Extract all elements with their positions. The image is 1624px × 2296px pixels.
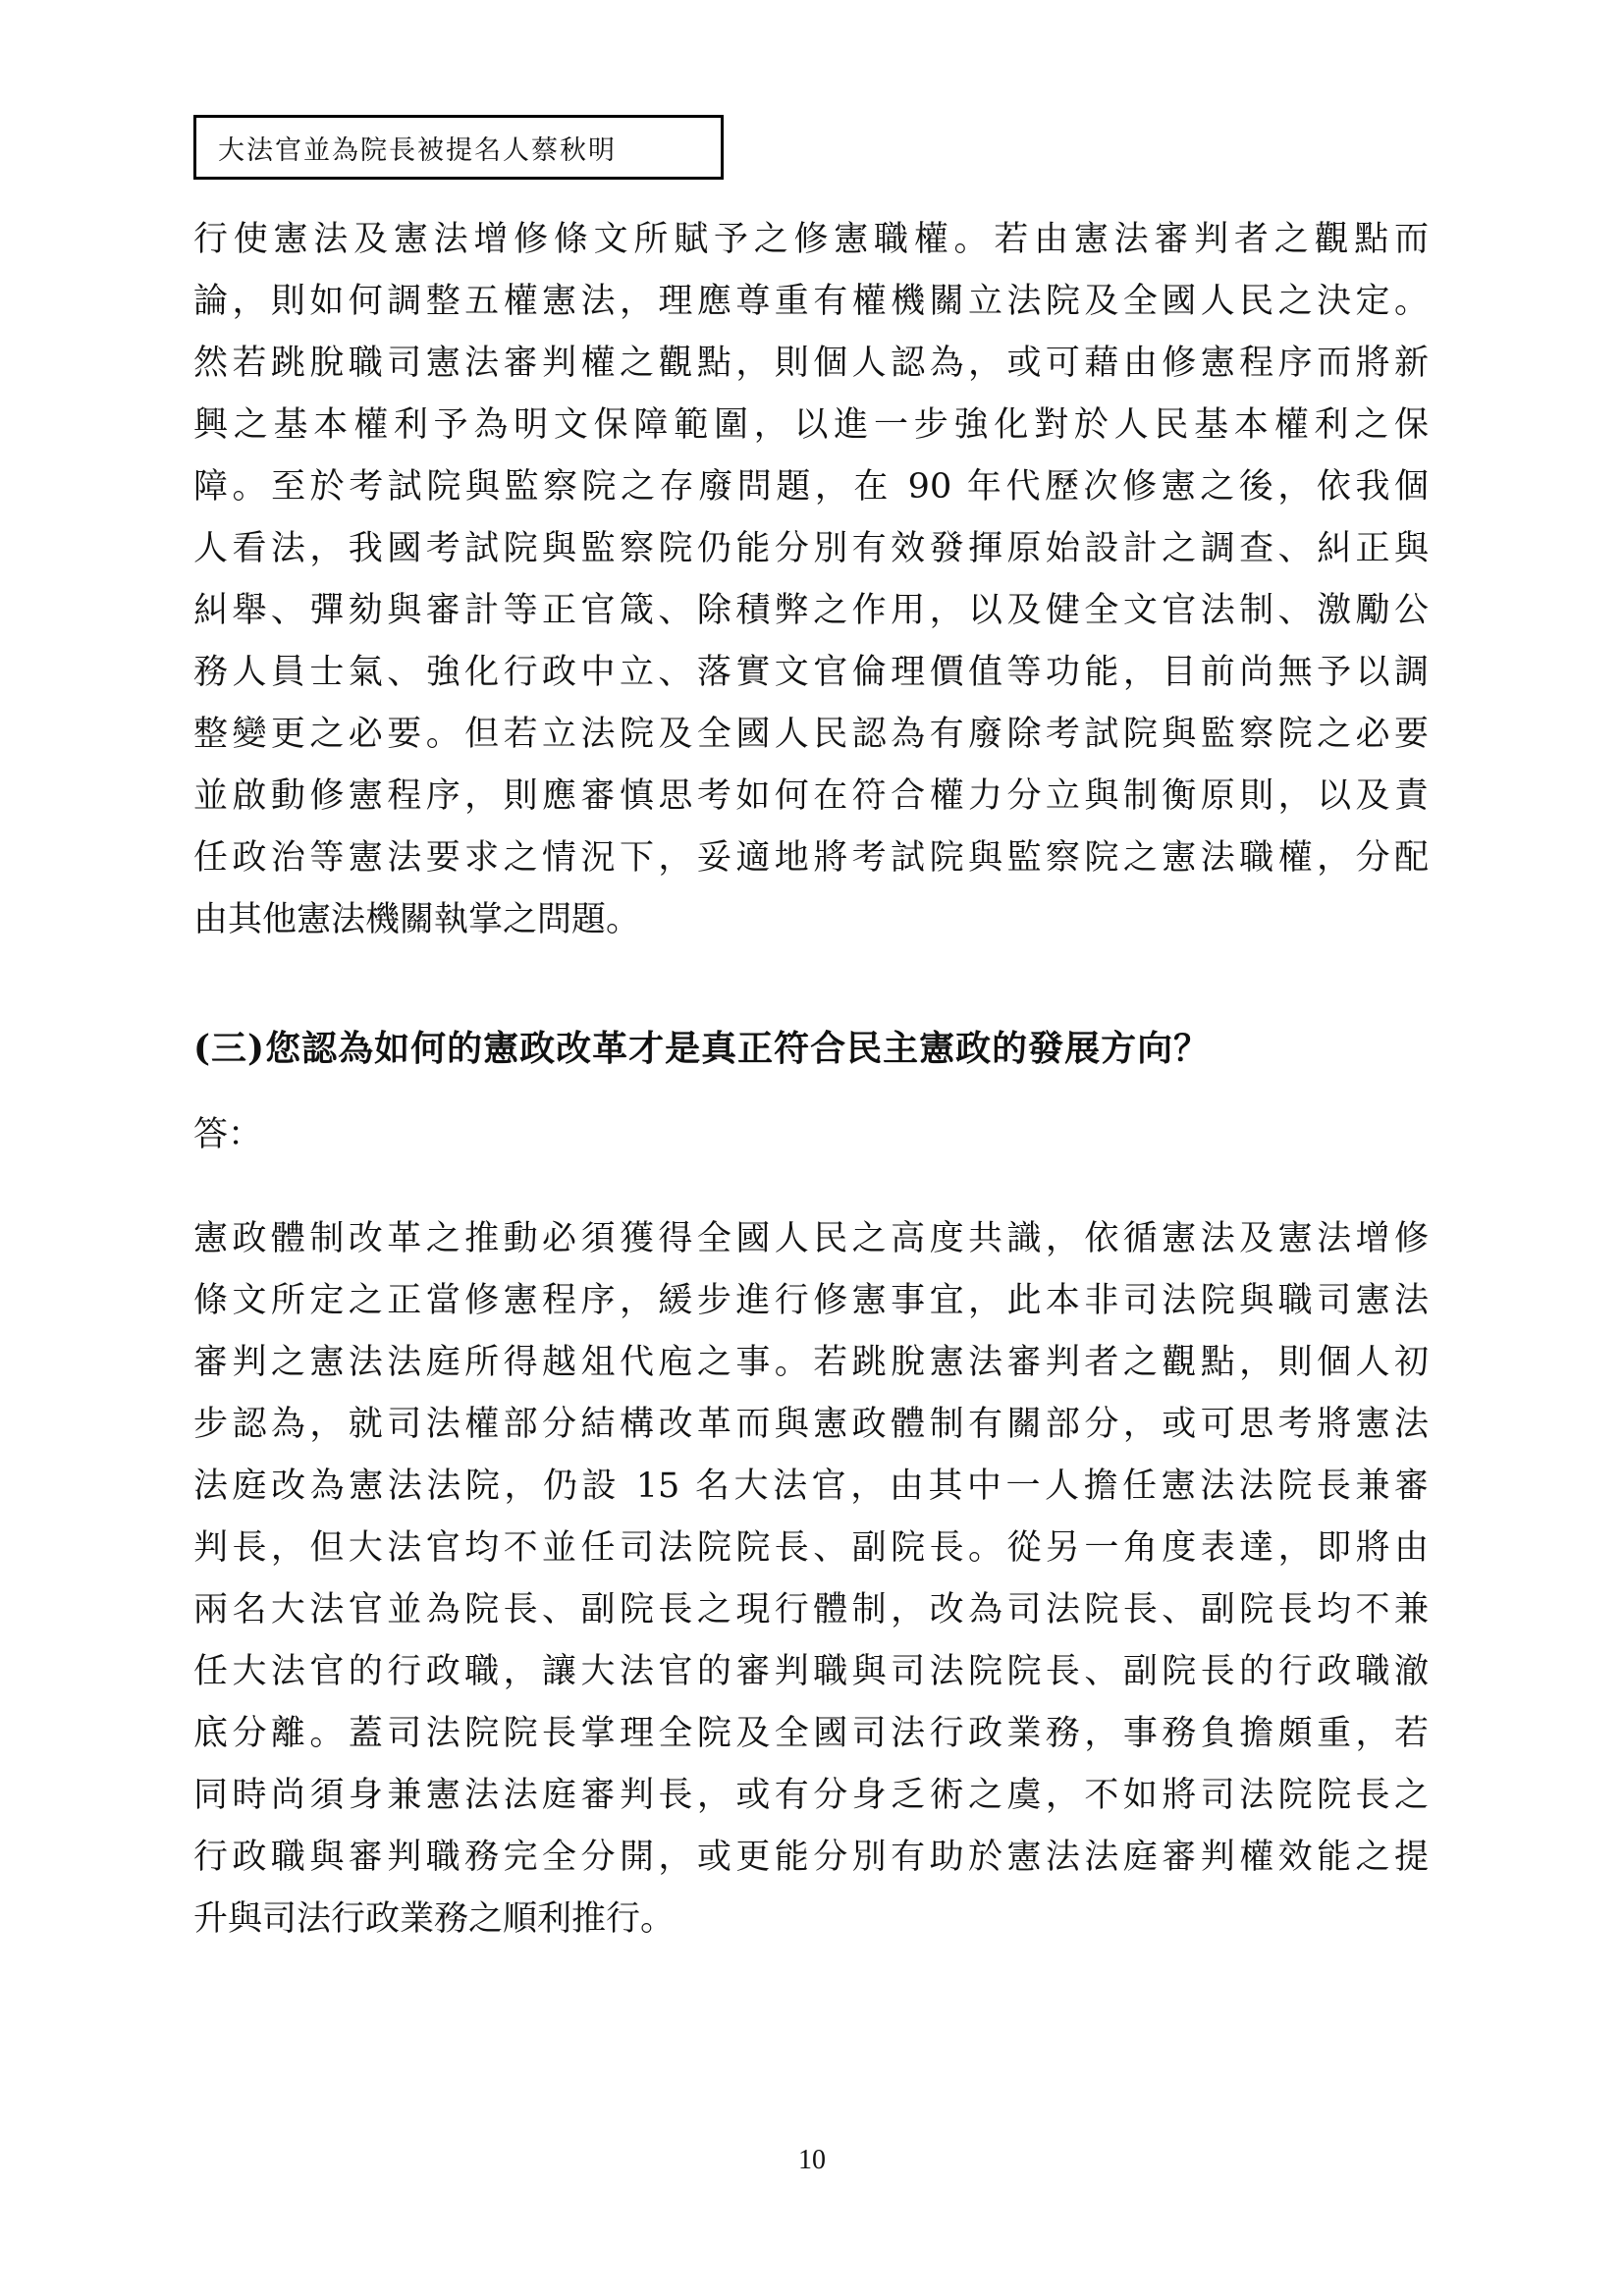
paragraph-line: 並啟動修憲程序，則應審慎思考如何在符合權力分立與制衡原則，以及責 <box>193 774 1429 818</box>
answer-line: 條文所定之正當修憲程序，緩步進行修憲事宜，此本非司法院與職司憲法 <box>193 1279 1429 1322</box>
paragraph-line: 人看法，我國考試院與監察院仍能分別有效發揮原始設計之調查、糾正與 <box>193 527 1429 570</box>
answer-line: 任大法官的行政職，讓大法官的審判職與司法院院長、副院長的行政職澈 <box>193 1650 1429 1693</box>
paragraph-line: 由其他憲法機關執掌之問題。 <box>193 898 1429 941</box>
paragraph-line: 務人員士氣、強化行政中立、落實文官倫理價值等功能，目前尚無予以調 <box>193 651 1429 694</box>
paragraph-line: 然若跳脫職司憲法審判權之觀點，則個人認為，或可藉由修憲程序而將新 <box>193 342 1429 385</box>
header-title: 大法官並為院長被提名人蔡秋明 <box>218 129 617 167</box>
paragraph-line: 興之基本權利予為明文保障範圍，以進一步強化對於人民基本權利之保 <box>193 403 1429 447</box>
answer-label: 答： <box>193 1107 262 1156</box>
paragraph-line: 障。至於考試院與監察院之存廢問題，在 90 年代歷次修憲之後，依我個 <box>193 465 1429 508</box>
question-heading: (三)您認為如何的憲政改革才是真正符合民主憲政的發展方向？ <box>193 1021 1210 1071</box>
answer-line: 行政職與審判職務完全分開，或更能分別有助於憲法法庭審判權效能之提 <box>193 1836 1429 1879</box>
answer-line: 升與司法行政業務之順利推行。 <box>193 1897 1429 1941</box>
paragraph-line: 整變更之必要。但若立法院及全國人民認為有廢除考試院與監察院之必要 <box>193 713 1429 756</box>
paragraph-line: 糾舉、彈劾與審計等正官箴、除積弊之作用，以及健全文官法制、激勵公 <box>193 589 1429 632</box>
answer-line: 判長，但大法官均不並任司法院院長、副院長。從另一角度表達，即將由 <box>193 1526 1429 1570</box>
page-number: 10 <box>0 2145 1624 2176</box>
answer-line: 同時尚須身兼憲法法庭審判長，或有分身乏術之虞，不如將司法院院長之 <box>193 1774 1429 1817</box>
paragraph-line: 行使憲法及憲法增修條文所賦予之修憲職權。若由憲法審判者之觀點而 <box>193 218 1429 261</box>
answer-line: 法庭改為憲法法院，仍設 15 名大法官，由其中一人擔任憲法法院長兼審 <box>193 1465 1429 1508</box>
paragraph-line: 任政治等憲法要求之情況下，妥適地將考試院與監察院之憲法職權，分配 <box>193 836 1429 880</box>
answer-line: 步認為，就司法權部分結構改革而與憲政體制有關部分，或可思考將憲法 <box>193 1403 1429 1446</box>
answer-line: 兩名大法官並為院長、副院長之現行體制，改為司法院長、副院長均不兼 <box>193 1588 1429 1631</box>
header-box: 大法官並為院長被提名人蔡秋明 <box>193 115 724 180</box>
answer-line: 憲政體制改革之推動必須獲得全國人民之高度共識，依循憲法及憲法增修 <box>193 1217 1429 1260</box>
paragraph-line: 論，則如何調整五權憲法，理應尊重有權機關立法院及全國人民之決定。 <box>193 280 1429 323</box>
answer-line: 底分離。蓋司法院院長掌理全院及全國司法行政業務，事務負擔頗重，若 <box>193 1712 1429 1755</box>
answer-line: 審判之憲法法庭所得越俎代庖之事。若跳脫憲法審判者之觀點，則個人初 <box>193 1341 1429 1384</box>
